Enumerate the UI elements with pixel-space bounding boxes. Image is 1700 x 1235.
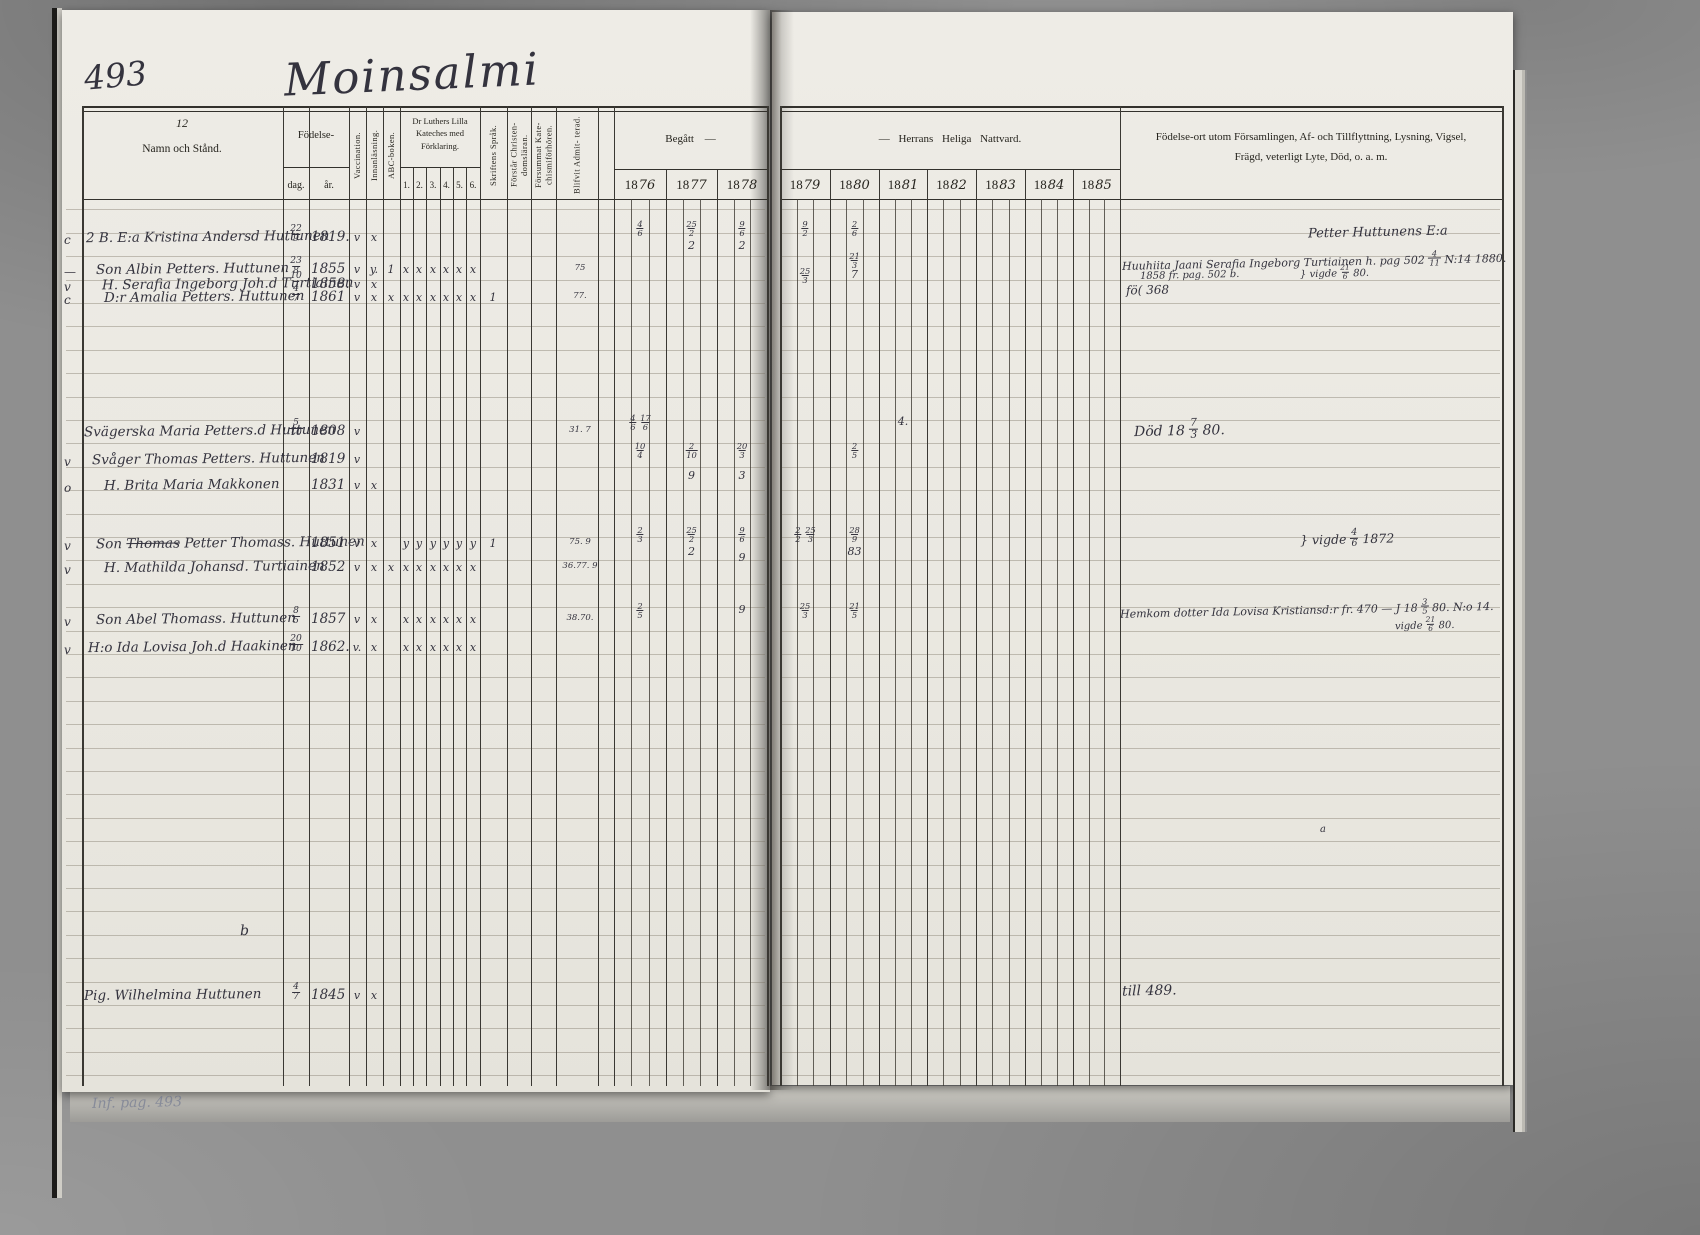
catechism-cell-label: 4. [440,180,453,190]
communion-date-y1878: 96 [738,528,745,546]
ledger-ruled-line [782,209,1500,210]
entry-mark-vacc: v [354,292,360,304]
entry-mark-k4: x [443,292,449,304]
date-fraction: 46 [636,220,643,238]
margin-check-mark: — [64,266,76,279]
entry-mark-adm: 75. 9 [569,538,591,547]
entry-birth-day: 229 [290,227,302,246]
table-rule-vertical [507,106,508,1086]
date-fraction: 47 [292,285,300,304]
year-printed-prefix: 18 [839,177,852,193]
communion-date-line: 46 [636,222,643,240]
ledger-ruled-line [782,443,1500,444]
entry-mark-innan: x [371,990,377,1002]
communion-date-line: 96 [738,222,745,240]
ledger-ruled-line [66,420,765,421]
date-fraction: 289 [849,526,860,544]
communion-date-y1876: 46 176 [629,416,650,434]
entry-mark-k1: x [403,264,409,276]
entry-mark-k2: x [416,264,422,276]
date-fraction: 25 [851,442,858,460]
table-rule-vertical [797,199,798,1086]
name-column-number: 12 [112,116,252,131]
ledger-ruled-line [66,256,765,257]
entry-name: Pig. Wilhelmina Huttunen [84,987,262,1004]
entry-mark-vacc: v [354,990,360,1002]
entry-name: Svåger Thomas Petters. Huttunen [92,451,325,468]
column-label-abc: ABC-boken. [383,113,400,197]
communion-date-line: 215 [849,604,860,622]
table-rule-vertical [960,199,961,1086]
communion-date-line: 253 [800,604,811,622]
catechism-split-rule [400,167,480,168]
entry-mark-abc: x [388,562,394,574]
header-bottom-rule [82,199,767,200]
table-rule-vertical [453,167,454,1086]
entry-mark-k5: x [456,642,462,654]
catechism-cell-label: 2. [413,180,426,190]
table-rule-vertical [700,199,701,1086]
table-rule-vertical [631,199,632,1086]
margin-check-mark: v [64,456,71,469]
column-label-vacc: Vaccination. [349,113,366,197]
date-fraction: 216 [1340,264,1350,280]
communion-date-y1877: 252 2 [686,222,697,251]
communion-date-line: 252 [686,528,697,546]
ledger-ruled-line [782,514,1500,515]
annotation-note: Petter Huttunens E:a [1308,225,1448,242]
entry-mark-vacc: v [354,562,360,574]
ledger-ruled-line [66,209,765,210]
table-rule-vertical [943,199,944,1086]
communion-date-y1879: 22 253 [794,528,815,546]
date-fraction: 253 [800,267,811,285]
communion-date-y1880: 25 [851,444,858,462]
entry-mark-adm: 75 [575,264,586,273]
date-fraction: 23 [636,526,643,544]
communion-date-line: 92 [801,222,808,240]
ledger-ruled-line [66,701,765,702]
entry-mark-k5: y [456,538,462,550]
entry-mark-vacc: v [354,614,360,626]
ledger-ruled-line [782,818,1500,819]
entry-mark-k1: x [403,642,409,654]
ledger-ruled-line [66,1052,765,1053]
birth-column-label: Födelse- [283,130,349,141]
date-fraction: 25 [636,602,643,620]
communion-date-y1877: 252 2 [686,528,697,557]
communion-date-y1880: 289 83 [848,528,862,557]
table-rule-vertical [911,199,912,1086]
communion-date-y1877: 210 [685,444,698,462]
year-handwritten-suffix: 76 [639,178,656,193]
entry-name: D:r Amalia Petters. Huttunen [104,289,305,306]
column-label-skrift: Skriftens Språk. [480,113,507,197]
communion-date-line: 2 [739,240,746,252]
year-column-label: 1883 [976,177,1025,197]
entry-mark-k1: x [403,292,409,304]
entry-mark-k5: x [456,292,462,304]
ledger-ruled-line [782,350,1500,351]
table-rule-vertical [813,199,814,1086]
entry-birth-year: 1857 [311,612,345,627]
table-rule-vertical [895,199,896,1086]
entry-mark-k2: y [416,538,422,550]
communion-date-line: 23 [636,528,643,546]
date-fraction: 22 [794,526,801,544]
entry-mark-innan: x [371,292,377,304]
entry-mark-k3: y [430,538,436,550]
communion-date-line: 25 [636,604,643,622]
table-rule-vertical [649,199,650,1086]
communion-date-line: 9 [688,470,695,482]
ledger-ruled-line [782,888,1500,889]
year-column-label: 1876 [614,177,666,197]
ledger-ruled-line [782,841,1500,842]
catechism-cell-label: 3. [426,180,440,190]
table-rule-vertical [1073,169,1074,1086]
table-top-rule [82,106,767,108]
table-rule-vertical [366,106,367,1086]
ledger-ruled-line [782,584,1500,585]
table-rule-vertical [750,199,751,1086]
entry-birth-year: 1861 [311,290,345,305]
entry-mark-k6: x [470,264,476,276]
date-fraction: 104 [635,442,646,460]
year-handwritten-suffix: 82 [950,178,967,193]
table-rule-vertical [400,106,401,1086]
table-rule-vertical [767,106,769,1086]
annotation-note: a [1320,824,1326,835]
communion-date-line: 25 [851,444,858,462]
entry-mark-k1: y [403,538,409,550]
ledger-ruled-line [66,584,765,585]
communion-date-line: 9 [739,604,746,616]
communion-date-line: 289 [849,528,860,546]
entry-mark-vacc: v [354,538,360,550]
column-label-innan: Innanläsning. [366,113,383,197]
communion-date-y1880: 215 [849,604,860,622]
ledger-ruled-line [782,1005,1500,1006]
entry-birth-year: 1819. [311,230,350,245]
annotation-note: fö( 368 [1126,284,1169,298]
entry-name: H:o Ida Lovisa Joh.d Haakinen [88,639,297,656]
communion-date-line: 83 [848,546,862,558]
communion-date-y1877: 9 [688,470,695,482]
table-rule-vertical [556,106,557,1086]
margin-check-mark: v [64,616,71,629]
table-top-rule [780,111,1502,112]
date-fraction: 73 [1189,418,1198,440]
year-column-label: 1881 [879,177,927,197]
ledger-ruled-line [782,467,1500,468]
annotation-note: } vigde 216 80. [1300,265,1369,283]
table-rule-vertical [614,106,615,1086]
notes-column-label: Födelse-ort utom Församlingen, Af- och T… [1124,131,1498,143]
table-rule-vertical [1120,106,1121,1086]
table-rule-vertical [413,167,414,1086]
entry-mark-k4: x [443,642,449,654]
table-rule-vertical [82,106,84,1086]
date-fraction: 411 [1428,249,1441,267]
entry-mark-adm: 36.77. 9 [562,562,597,571]
column-label-adm: Blifvit Admit- terad. [556,113,598,197]
entry-birth-day: 85 [292,609,300,628]
catechism-cell-label: 6. [466,180,480,190]
ledger-ruled-line [66,748,765,749]
entry-mark-k2: x [416,642,422,654]
ledger-ruled-line [66,958,765,959]
table-rule-vertical [480,106,481,1086]
ledger-ruled-line [66,1005,765,1006]
entry-mark-adm: 31. 7 [569,426,591,435]
ledger-ruled-line [782,771,1500,772]
ledger-ruled-line [782,701,1500,702]
year-column-label: 1880 [830,177,879,197]
communion-date-y1876: 23 [636,528,643,546]
table-rule-vertical [666,169,667,1086]
entry-birth-year: 1808 [311,424,345,439]
year-column-label: 1884 [1025,177,1073,197]
year-printed-prefix: 18 [727,177,740,193]
ledger-ruled-line [66,771,765,772]
year-printed-prefix: 18 [625,177,638,193]
year-column-label: 1885 [1073,177,1120,197]
struck-out-name: Thomas [126,536,180,553]
entry-mark-vacc: v [354,232,360,244]
year-handwritten-suffix: 77 [690,178,707,193]
annotation-note: Inf. pag. 493 [92,1095,182,1112]
date-fraction: 96 [738,526,745,544]
entry-mark-vacc: v [354,480,360,492]
entry-mark-k3: x [430,264,436,276]
date-fraction: 229 [290,225,302,244]
date-fraction: 252 [686,220,697,238]
entry-birth-day: 2010 [289,637,303,656]
entry-mark-k5: x [456,562,462,574]
ledger-ruled-line [66,373,765,374]
communion-date-line: 26 [851,222,858,240]
entry-name: Son Abel Thomass. Huttunen [96,611,296,628]
register-table-layer: 493 Moinsalmi 12Namn och Stånd.Födelse-d… [0,0,1700,1235]
communion-date-y1881: 4. [898,416,909,428]
communion-date-y1878: 203 [737,444,748,462]
ledger-ruled-line [782,303,1500,304]
ledger-ruled-line [66,841,765,842]
communion-date-line: 96 [738,528,745,546]
ledger-ruled-line [782,794,1500,795]
table-rule-vertical [349,106,350,1086]
ledger-ruled-line [66,818,765,819]
date-fraction: 252 [686,526,697,544]
communion-date-line: 46 176 [629,416,650,434]
entry-mark-k1: x [403,614,409,626]
year-printed-prefix: 18 [985,177,998,193]
communion-date-line: 7 [851,269,858,281]
communion-date-line: 252 [686,222,697,240]
year-column-label: 1877 [666,177,717,197]
communion-right-label: — Herrans Heliga Nattvard. [780,133,1120,145]
year-printed-prefix: 18 [1081,177,1094,193]
entry-mark-k3: x [430,614,436,626]
communion-date-line: 2 [688,546,695,558]
table-rule-vertical [383,106,384,1086]
table-rule-vertical [780,106,782,1086]
birth-year-label: år. [309,180,349,191]
ledger-ruled-line [66,1075,765,1076]
header-bottom-rule [780,199,1502,200]
margin-check-mark: v [64,644,71,657]
entry-birth-year: 1862. [311,640,350,655]
entry-mark-skrift: 1 [490,538,497,550]
communion-date-y1876: 25 [636,604,643,622]
year-printed-prefix: 18 [1034,177,1047,193]
ledger-ruled-line [782,677,1500,678]
entry-birth-day: 47 [292,985,300,1004]
communion-date-line: 104 [635,444,646,462]
ledger-ruled-line [66,1028,765,1029]
table-rule-vertical [830,169,831,1086]
ledger-ruled-line [782,724,1500,725]
year-column-label: 1878 [717,177,767,197]
entry-mark-k2: x [416,562,422,574]
communion-split-rule [780,169,1120,170]
communion-date-line: 3 [739,470,746,482]
ledger-ruled-line [66,397,765,398]
table-rule-vertical [598,106,599,1086]
date-fraction: 216 [1426,616,1436,632]
entry-mark-vacc: v [354,279,360,291]
table-rule-vertical [683,199,684,1086]
ledger-ruled-line [66,677,765,678]
table-rule-vertical [1089,199,1090,1086]
entry-mark-adm: 38.70. [566,614,593,623]
ledger-ruled-line [66,607,765,608]
ledger-ruled-line [782,1028,1500,1029]
table-rule-vertical [440,167,441,1086]
date-fraction: 92 [801,220,808,238]
communion-date-y1879: 253 [800,604,811,622]
date-fraction: 96 [738,220,745,238]
margin-check-mark: v [64,540,71,553]
birth-day-label: dag. [283,180,309,191]
ledger-ruled-line [782,326,1500,327]
entry-mark-vacc: v [354,264,360,276]
birth-split-rule [283,167,349,168]
date-fraction: 35 [1421,597,1429,615]
entry-mark-k6: x [470,642,476,654]
ledger-ruled-line [782,748,1500,749]
entry-birth-day: 47 [292,287,300,306]
communion-date-line: 22 253 [794,528,815,546]
catechism-column-label: Dr Luthers Lilla Kateches med Förklaring… [402,115,478,152]
communion-date-y1876: 46 [636,222,643,240]
communion-date-y1880: 26 [851,222,858,240]
entry-mark-k4: y [443,538,449,550]
column-label-forstar: Förstår Christen- domsläran. [507,113,531,197]
date-fraction: 253 [800,602,811,620]
communion-date-y1880: 7 [851,269,858,281]
table-rule-vertical [1009,199,1010,1086]
year-printed-prefix: 18 [790,177,803,193]
annotation-note: vigde 216 80. [1395,617,1455,634]
entry-mark-k4: x [443,562,449,574]
entry-mark-vacc: v [354,454,360,466]
name-column-label: Namn och Stånd. [102,143,262,155]
margin-check-mark: c [64,234,71,247]
communion-date-line: 2 [688,240,695,252]
table-rule-vertical [717,169,718,1086]
ledger-ruled-line [66,865,765,866]
entry-name: H. Brita Maria Makkonen [104,477,280,494]
ledger-ruled-line [66,631,765,632]
table-rule-vertical [863,199,864,1086]
entry-mark-innan: x [371,480,377,492]
entry-mark-innan: x [371,538,377,550]
date-fraction: 26 [851,220,858,238]
annotation-note: } vigde 46 1872 [1300,529,1395,551]
communion-date-y1878: 96 2 [738,222,745,251]
catechism-cell-label: 5. [453,180,466,190]
communion-date-y1879: 253 [800,269,811,287]
date-fraction: 46 [1350,528,1358,548]
year-handwritten-suffix: 78 [741,178,758,193]
table-rule-vertical [466,167,467,1086]
table-top-rule [82,111,767,112]
date-fraction: 210 [685,442,698,460]
year-printed-prefix: 18 [676,177,689,193]
ledger-ruled-line [66,326,765,327]
entry-birth-year: 1845 [311,988,345,1003]
year-handwritten-suffix: 80 [853,178,870,193]
year-column-label: 1882 [927,177,976,197]
table-rule-vertical [283,106,284,1086]
entry-birth-year: 1831 [311,478,345,493]
entry-mark-k4: x [443,614,449,626]
annotation-note: b [240,924,249,940]
ledger-ruled-line [66,350,765,351]
ledger-ruled-line [782,373,1500,374]
year-handwritten-suffix: 83 [999,178,1016,193]
communion-date-y1878: 3 [739,470,746,482]
communion-date-line: 9 [739,552,746,564]
table-rule-vertical [309,106,310,1086]
entry-mark-k2: x [416,614,422,626]
entry-mark-k4: x [443,264,449,276]
margin-check-mark: c [64,294,71,307]
date-fraction: 215 [849,602,860,620]
date-fraction: 85 [292,607,300,626]
year-handwritten-suffix: 84 [1048,178,1065,193]
table-rule-vertical [927,169,928,1086]
entry-mark-adm: 77. [573,292,587,301]
year-handwritten-suffix: 79 [804,178,821,193]
entry-mark-innan: x [371,232,377,244]
entry-mark-innan: x [371,614,377,626]
ledger-ruled-line [66,794,765,795]
ledger-ruled-line [782,397,1500,398]
entry-mark-k6: x [470,562,476,574]
year-handwritten-suffix: 85 [1095,178,1112,193]
scanned-parish-register: 493 Moinsalmi 12Namn och Stånd.Födelse-d… [0,0,1700,1235]
folio-number: 493 [83,55,149,97]
page-title: Moinsalmi [283,44,541,105]
date-fraction: 203 [737,442,748,460]
ledger-ruled-line [782,935,1500,936]
table-rule-vertical [992,199,993,1086]
communion-date-line: 210 [685,444,698,462]
date-fraction: 47 [292,983,300,1002]
